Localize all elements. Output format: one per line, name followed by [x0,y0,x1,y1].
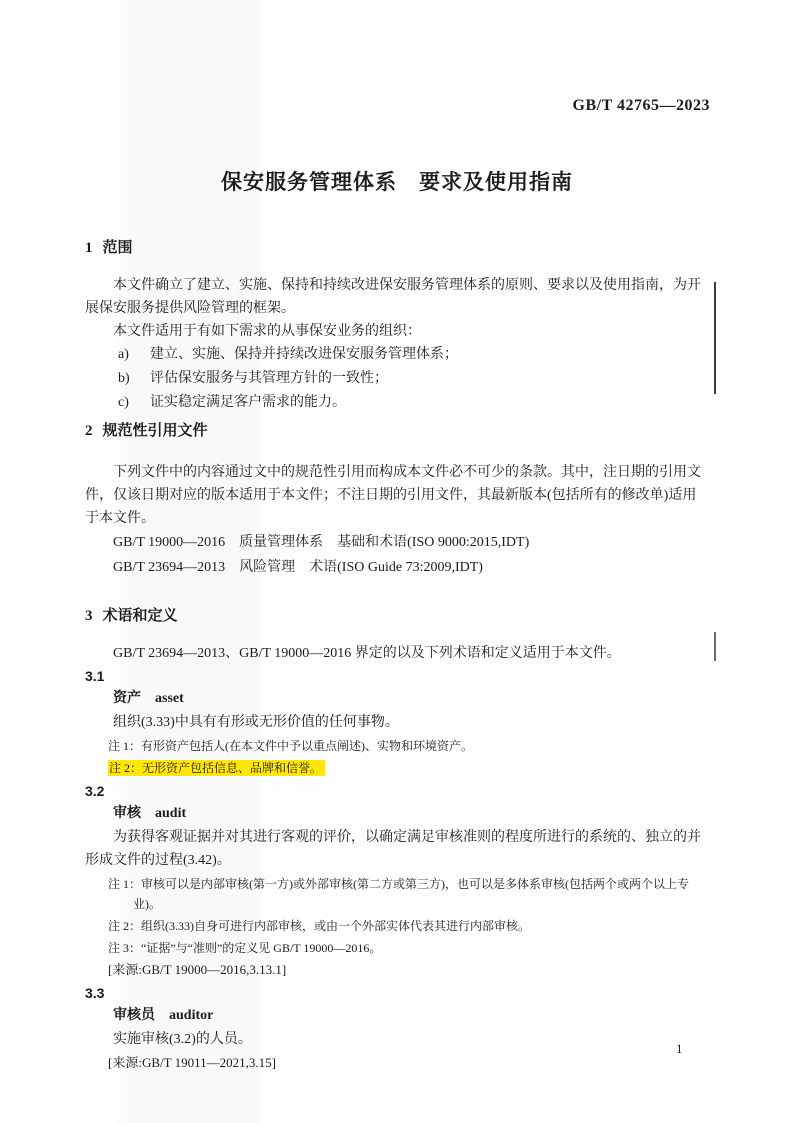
section-1-title: 范围 [103,240,133,256]
term-3-1-en: asset [155,691,184,706]
term-3-1-zh: 资产 [113,691,141,706]
section-2-heading: 2规范性引用文件 [85,421,710,441]
document-title: 保安服务管理体系 要求及使用指南 [0,166,794,196]
revision-change-bar [714,282,716,394]
clause-number-3-2: 3.2 [85,780,710,802]
clause-number-3-1: 3.1 [85,665,710,687]
section-2-paragraph-1: 下列文件中的内容通过文中的规范性引用而构成本文件必不可少的条款。其中，注日期的引… [85,461,710,530]
term-3-3-zh: 审核员 [113,1008,155,1023]
list-item-a-label: a) [118,343,150,367]
page-number: 1 [676,1041,683,1057]
term-3-2-note-1: 注 1：审核可以是内部审核(第一方)或外部审核(第二方或第三方)，也可以是多体系… [133,872,710,914]
section-2-number: 2 [85,423,93,439]
term-3-1-note-2: 注 2：无形资产包括信息、品牌和信誉。 [133,756,710,778]
clause-number-3-3: 3.3 [85,982,710,1004]
term-3-2-note-3: 注 3：“证据”与“准则”的定义见 GB/T 19000—2016。 [133,936,710,958]
revision-change-bar [714,632,716,661]
section-3-heading: 3术语和定义 [85,606,710,626]
term-3-2-source: [来源:GB/T 19000—2016,3.13.1] [108,958,710,980]
section-1-heading: 1范围 [85,238,710,258]
list-item-b-label: b) [118,367,150,391]
document-body: 1范围 本文件确立了建立、实施、保持和持续改进保安服务管理体系的原则、要求以及使… [85,238,710,1073]
list-item-c-text: 证实稳定满足客户需求的能力。 [150,395,346,410]
section-1-number: 1 [85,240,93,256]
list-item-a: a)建立、实施、保持并持续改进保安服务管理体系； [85,343,710,367]
section-1-paragraph-2: 本文件适用于有如下需求的从事保安业务的组织： [85,320,710,343]
list-item-c: c)证实稳定满足客户需求的能力。 [85,391,710,415]
document-page: GB/T 42765—2023 保安服务管理体系 要求及使用指南 1范围 本文件… [0,0,794,1123]
list-item-c-label: c) [118,391,150,415]
term-3-1-heading: 资产asset [85,687,710,711]
term-3-1-definition: 组织(3.33)中具有有形或无形价值的任何事物。 [85,711,710,734]
section-3-number: 3 [85,608,93,624]
term-3-3-heading: 审核员auditor [85,1004,710,1028]
term-3-3-en: auditor [169,1008,213,1023]
reference-line-1: GB/T 19000—2016 质量管理体系 基础和术语(ISO 9000:20… [85,530,710,555]
list-item-b: b)评估保安服务与其管理方针的一致性； [85,367,710,391]
section-2-title: 规范性引用文件 [103,423,208,439]
reference-line-2: GB/T 23694—2013 风险管理 术语(ISO Guide 73:200… [85,555,710,580]
standard-code: GB/T 42765—2023 [573,97,710,115]
term-3-3-definition: 实施审核(3.2)的人员。 [85,1028,710,1051]
section-1-paragraph-1: 本文件确立了建立、实施、保持和持续改进保安服务管理体系的原则、要求以及使用指南，… [85,274,710,320]
term-3-3-source: [来源:GB/T 19011—2021,3.15] [108,1051,710,1073]
list-item-a-text: 建立、实施、保持并持续改进保安服务管理体系； [150,347,458,362]
term-3-2-zh: 审核 [113,806,141,821]
term-3-1-note-1: 注 1：有形资产包括人(在本文件中予以重点阐述)、实物和环境资产。 [133,734,710,756]
term-3-2-heading: 审核audit [85,802,710,826]
term-3-2-note-2: 注 2：组织(3.33)自身可进行内部审核，或由一个外部实体代表其进行内部审核。 [133,914,710,936]
term-3-2-definition: 为获得客观证据并对其进行客观的评价，以确定满足审核准则的程度所进行的系统的、独立… [85,826,710,872]
section-3-title: 术语和定义 [103,608,178,624]
section-3-intro: GB/T 23694—2013、GB/T 19000—2016 界定的以及下列术… [85,642,710,665]
highlighted-note: 注 2：无形资产包括信息、品牌和信誉。 [108,760,325,776]
list-item-b-text: 评估保安服务与其管理方针的一致性； [150,371,388,386]
term-3-2-en: audit [155,806,186,821]
